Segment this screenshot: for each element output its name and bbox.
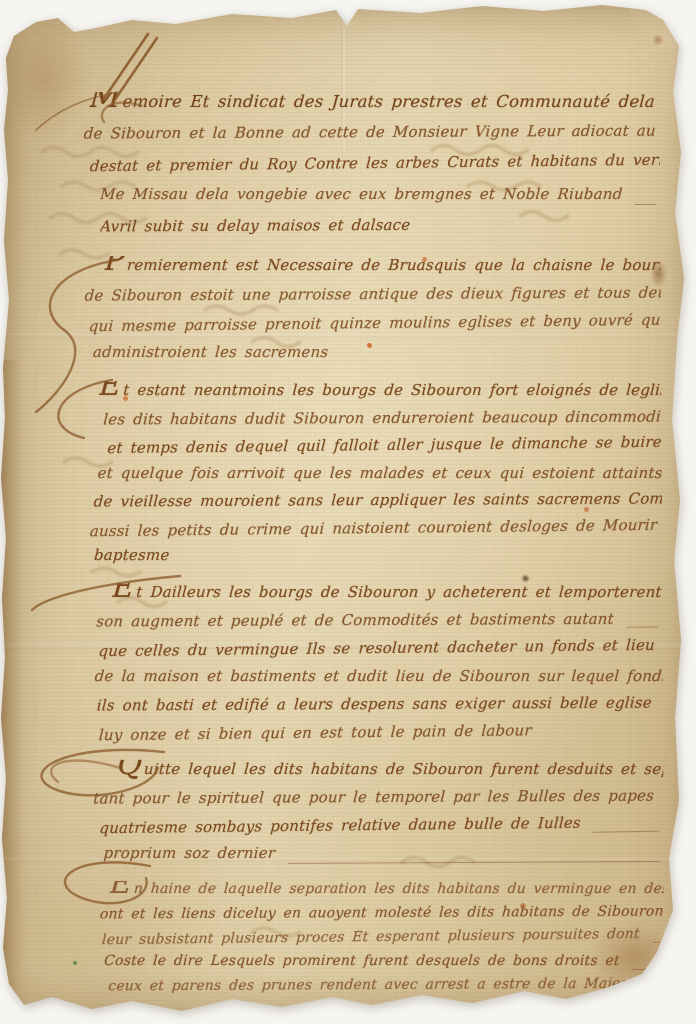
manuscript-page-wrapper: Memoire Et sindicat des Jurats prestres … bbox=[0, 0, 696, 1024]
scanned-manuscript-screenshot: { "colors": { "background": "#f6f5f2", "… bbox=[0, 0, 696, 1024]
manuscript-page: Memoire Et sindicat des Jurats prestres … bbox=[0, 0, 696, 1024]
edge-vignette bbox=[0, 0, 696, 1024]
